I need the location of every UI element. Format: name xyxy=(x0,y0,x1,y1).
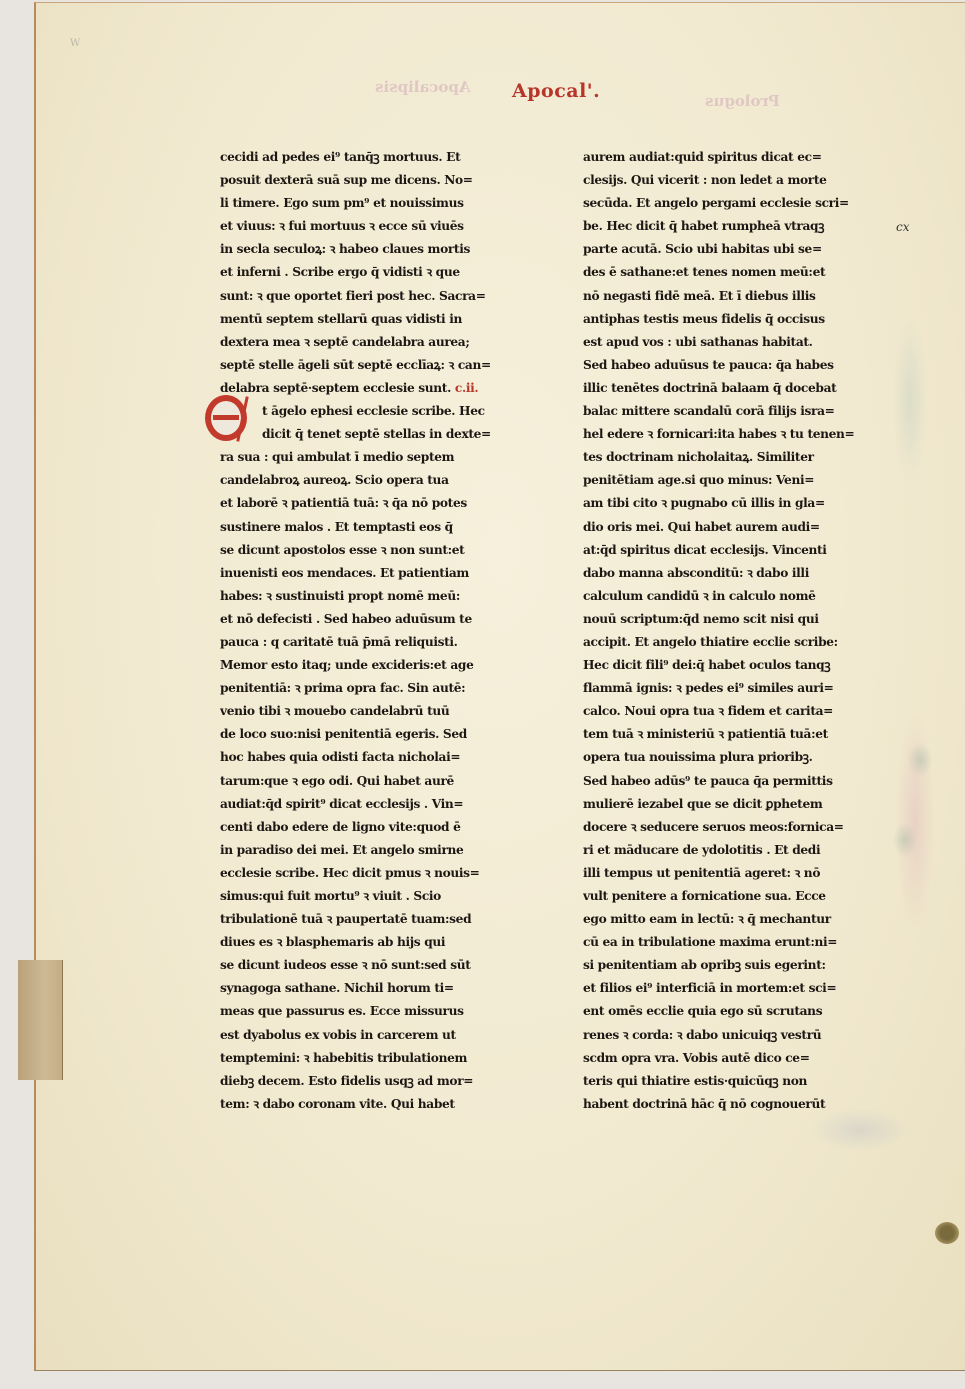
text-line: penitentiā: ꝛ prima opra fac. Sin autē: xyxy=(220,677,520,700)
text-line: balac mittere scandalū corā filijs isra= xyxy=(583,400,883,423)
text-line: mentū septem stellarū quas vidisti in xyxy=(220,308,520,331)
text-line: Sed habeo aduūsus te pauca: q̄a habes xyxy=(583,354,883,377)
folio-mark: W xyxy=(70,38,80,49)
text-line: posuit dexterā suā sup me dicens. No= xyxy=(220,169,520,192)
text-line: clesijs. Qui vicerit : non ledet a morte xyxy=(583,169,883,192)
text-line: nō negasti fidē meā. Et ī diebus illis xyxy=(583,285,883,308)
text-line: ent omēs ecclie quia ego sū scrutans xyxy=(583,1000,883,1023)
text-line: in secla seculoꝝ: ꝛ habeo claues mortis xyxy=(220,238,520,261)
text-line: mulierē iezabel que se dicit ꝑphetem xyxy=(583,793,883,816)
text-line: venio tibi ꝛ mouebo candelabrū tuū xyxy=(220,700,520,723)
text-line: hoc habes quia odisti facta nicholai= xyxy=(220,746,520,769)
text-line: ecclesie scribe. Hec dicit pmus ꝛ nouis= xyxy=(220,862,520,885)
text-line: cecidi ad pedes ei⁹ tanq̄ꝫ mortuus. Et xyxy=(220,146,520,169)
text-line: nouū scriptum:q̄d nemo scit nisi qui xyxy=(583,608,883,631)
marginal-vine-decoration xyxy=(880,120,950,1120)
text-line: Sed habeo adūs⁹ te pauca q̄a permittis xyxy=(583,770,883,793)
text-line: habent doctrinā hāc q̄ nō cognouerūt xyxy=(583,1093,883,1116)
text-line: t āgelo ephesi ecclesie scribe. Hec xyxy=(220,400,520,423)
text-line: simus:qui fuit mortu⁹ ꝛ viuit . Scio xyxy=(220,885,520,908)
text-line: tribulationē tuā ꝛ paupertatē tuam:sed xyxy=(220,908,520,931)
text-line: calculum candidū ꝛ in calculo nomē xyxy=(583,585,883,608)
text-line: tem: ꝛ dabo coronam vite. Qui habet xyxy=(220,1093,520,1116)
text-line: habes: ꝛ sustinuisti propt nomē meū: xyxy=(220,585,520,608)
text-line: scdm opra vra. Vobis autē dico ce= xyxy=(583,1047,883,1070)
text-line: diebꝫ decem. Esto fidelis usqꝫ ad mor= xyxy=(220,1070,520,1093)
text-line: secūda. Et angelo pergami ecclesie scri= xyxy=(583,192,883,215)
text-line: flammā ignis: ꝛ pedes ei⁹ similes auri= xyxy=(583,677,883,700)
text-line: meas que passurus es. Ecce missurus xyxy=(220,1000,520,1023)
text-line: dextera mea ꝛ septē candelabra aurea; xyxy=(220,331,520,354)
text-line: septē stelle āgeli sūt septē ecclīaꝝ: ꝛ … xyxy=(220,354,520,377)
text-line: renes ꝛ corda: ꝛ dabo unicuiqꝫ vestrū xyxy=(583,1024,883,1047)
text-line: se dicunt apostolos esse ꝛ non sunt:et xyxy=(220,539,520,562)
text-line: vult penitere a fornicatione sua. Ecce xyxy=(583,885,883,908)
text-line: si penitentiam ab opribꝫ suis egerint: xyxy=(583,954,883,977)
bleed-through-heading-left: Apocalipsis xyxy=(375,78,470,96)
text-line: at:q̄d spiritus dicat ecclesijs. Vincent… xyxy=(583,539,883,562)
text-line: est dyabolus ex vobis in carcerem ut xyxy=(220,1024,520,1047)
text-line: sustinere malos . Et temptasti eos q̄ xyxy=(220,516,520,539)
text-line: accipit. Et angelo thiatire ecclie scrib… xyxy=(583,631,883,654)
text-line: et viuus: ꝛ fui mortuus ꝛ ecce sū viuēs xyxy=(220,215,520,238)
bleed-through-heading-right: Prologus xyxy=(705,92,780,110)
text-line: diues es ꝛ blasphemaris ab hijs qui xyxy=(220,931,520,954)
text-line: des ē sathane:et tenes nomen meū:et xyxy=(583,261,883,284)
page-hole xyxy=(935,1222,959,1244)
text-line: dabo manna absconditū: ꝛ dabo illi xyxy=(583,562,883,585)
text-line: inuenisti eos mendaces. Et patientiam xyxy=(220,562,520,585)
text-line: et nō defecisti . Sed habeo aduūsum te xyxy=(220,608,520,631)
text-line: aurem audiat:quid spiritus dicat ec= xyxy=(583,146,883,169)
text-line: synagoga sathane. Nichil horum ti= xyxy=(220,977,520,1000)
text-line: illic tenētes doctrinā balaam q̄ docebat xyxy=(583,377,883,400)
text-line: in paradiso dei mei. Et angelo smirne xyxy=(220,839,520,862)
running-head: Apocal'. xyxy=(512,80,600,102)
text-line: centi dabo edere de ligno vite:quod ē xyxy=(220,816,520,839)
text-column-left: cecidi ad pedes ei⁹ tanq̄ꝫ mortuus. Etpo… xyxy=(220,146,520,1116)
text-line: calco. Noui opra tua ꝛ fidem et carita= xyxy=(583,700,883,723)
text-line: ri et māducare de ydolotitis . Et dedi xyxy=(583,839,883,862)
text-line: illi tempus ut penitentiā ageret: ꝛ nō xyxy=(583,862,883,885)
text-line: Memor esto itaq; unde excideris:et age xyxy=(220,654,520,677)
text-line: delabra septē·septem ecclesie sunt. c.ii… xyxy=(220,377,520,400)
text-line: dio oris mei. Qui habet aurem audi= xyxy=(583,516,883,539)
text-line: cū ea in tribulatione maxima erunt:ni= xyxy=(583,931,883,954)
text-line: et laborē ꝛ patientiā tuā: ꝛ q̄a nō pote… xyxy=(220,492,520,515)
text-line: est apud vos : ubi sathanas habitat. xyxy=(583,331,883,354)
text-line: penitētiam age.si quo minus: Veni= xyxy=(583,469,883,492)
text-line: dicit q̄ tenet septē stellas in dexte= xyxy=(220,423,520,446)
text-line: Hec dicit fili⁹ dei:q̄ habet oculos tanq… xyxy=(583,654,883,677)
text-line: et filios ei⁹ interficiā in mortem:et sc… xyxy=(583,977,883,1000)
text-line: li timere. Ego sum pm⁹ et nouissimus xyxy=(220,192,520,215)
text-line: docere ꝛ seducere seruos meos:fornica= xyxy=(583,816,883,839)
text-line: antiphas testis meus fidelis q̄ occisus xyxy=(583,308,883,331)
text-line: temptemini: ꝛ habebitis tribulationem xyxy=(220,1047,520,1070)
text-line: pauca : q caritatē tuā p̄mā reliquisti. xyxy=(220,631,520,654)
text-line: se dicunt iudeos esse ꝛ nō sunt:sed sūt xyxy=(220,954,520,977)
text-line: hel edere ꝛ fornicari:ita habes ꝛ tu ten… xyxy=(583,423,883,446)
text-line: ego mitto eam in lectū: ꝛ q̄ mechantur xyxy=(583,908,883,931)
text-line: parte acutā. Scio ubi habitas ubi se= xyxy=(583,238,883,261)
text-line: tarum:que ꝛ ego odi. Qui habet aurē xyxy=(220,770,520,793)
text-line: tem tuā ꝛ ministeriū ꝛ patientiā tuā:et xyxy=(583,723,883,746)
repair-tab-strip xyxy=(18,960,63,1080)
text-line: audiat:q̄d spirit⁹ dicat ecclesijs . Vin… xyxy=(220,793,520,816)
text-line: opera tua nouissima plura prioribꝫ. xyxy=(583,746,883,769)
text-line: de loco suo:nisi penitentiā egeris. Sed xyxy=(220,723,520,746)
text-line: am tibi cito ꝛ pugnabo cū illis in gla= xyxy=(583,492,883,515)
text-line: ra sua : qui ambulat ī medio septem xyxy=(220,446,520,469)
chapter-number: c.ii. xyxy=(455,381,478,395)
text-line: et inferni . Scribe ergo q̄ vidisti ꝛ qu… xyxy=(220,261,520,284)
text-line: tes doctrinam nicholaitaꝝ. Similiter xyxy=(583,446,883,469)
text-line: teris qui thiatire estis·quicūqꝫ non xyxy=(583,1070,883,1093)
text-line: sunt: ꝛ que oportet fieri post hec. Sacr… xyxy=(220,285,520,308)
text-column-right: aurem audiat:quid spiritus dicat ec=cles… xyxy=(583,146,883,1116)
marginal-note: cx xyxy=(896,220,910,234)
text-line: be. Hec dicit q̄ habet rumpheā vtraqꝫ xyxy=(583,215,883,238)
text-line: candelabroꝝ aureoꝝ. Scio opera tua xyxy=(220,469,520,492)
